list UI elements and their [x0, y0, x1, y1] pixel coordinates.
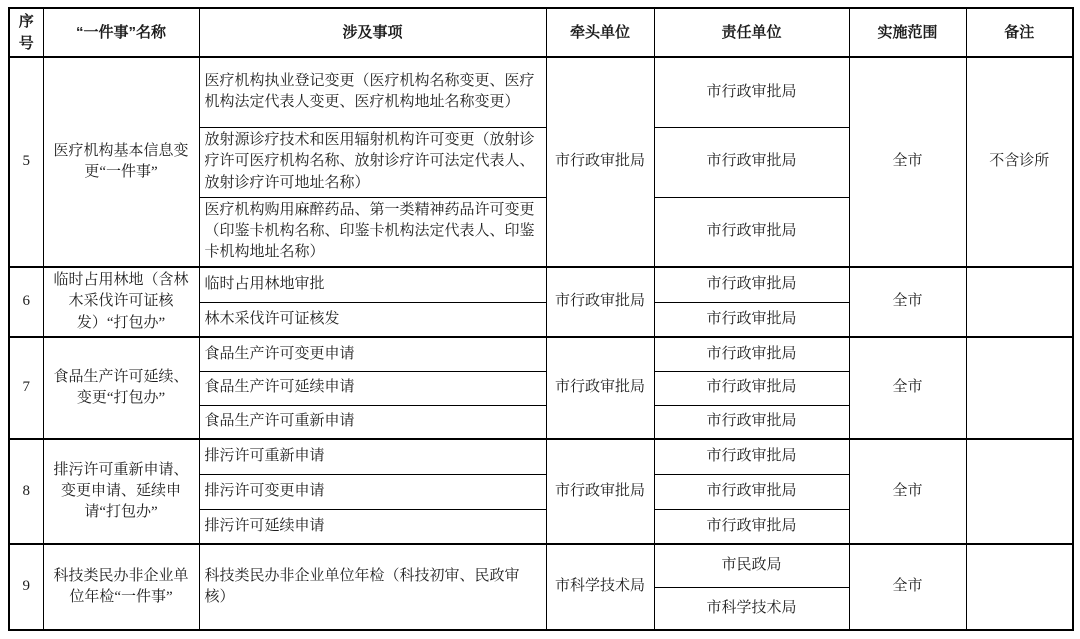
responsible-unit-cell: 市行政审批局 [654, 509, 849, 544]
col-header-responsible-unit: 责任单位 [654, 8, 849, 57]
document-page: 序号 “一件事”名称 涉及事项 牵头单位 责任单位 实施范围 备注 5 医疗机构… [0, 0, 1080, 639]
lead-unit-cell: 市科学技术局 [546, 544, 654, 630]
scope-cell: 全市 [849, 544, 966, 630]
matter-cell: 科技类民办非企业单位年检（科技初审、民政审核） [199, 544, 546, 630]
lead-unit-cell: 市行政审批局 [546, 267, 654, 337]
col-header-matters: 涉及事项 [199, 8, 546, 57]
lead-unit-cell: 市行政审批局 [546, 337, 654, 439]
scope-cell: 全市 [849, 337, 966, 439]
matter-cell: 排污许可变更申请 [199, 474, 546, 509]
remark-cell [966, 544, 1073, 630]
name-cell: 排污许可重新申请、变更申请、延续申请“打包办” [43, 439, 199, 544]
remark-cell: 不含诊所 [966, 57, 1073, 267]
responsible-unit-cell: 市科学技术局 [654, 587, 849, 630]
matter-cell: 食品生产许可重新申请 [199, 405, 546, 439]
matter-cell: 排污许可延续申请 [199, 509, 546, 544]
table-row: 6 临时占用林地（含林木采伐许可证核发）“打包办” 临时占用林地审批 市行政审批… [9, 267, 1073, 302]
lead-unit-cell: 市行政审批局 [546, 57, 654, 267]
table-row: 5 医疗机构基本信息变更“一件事” 医疗机构执业登记变更（医疗机构名称变更、医疗… [9, 57, 1073, 127]
matter-cell: 医疗机构执业登记变更（医疗机构名称变更、医疗机构法定代表人变更、医疗机构地址名称… [199, 57, 546, 127]
one-thing-services-table: 序号 “一件事”名称 涉及事项 牵头单位 责任单位 实施范围 备注 5 医疗机构… [8, 7, 1074, 631]
col-header-name: “一件事”名称 [43, 8, 199, 57]
responsible-unit-cell: 市行政审批局 [654, 127, 849, 197]
seq-cell: 9 [9, 544, 43, 630]
responsible-unit-cell: 市行政审批局 [654, 57, 849, 127]
matter-cell: 排污许可重新申请 [199, 439, 546, 474]
remark-cell [966, 337, 1073, 439]
seq-cell: 7 [9, 337, 43, 439]
responsible-unit-cell: 市行政审批局 [654, 371, 849, 405]
responsible-unit-cell: 市行政审批局 [654, 474, 849, 509]
col-header-seq: 序号 [9, 8, 43, 57]
scope-cell: 全市 [849, 439, 966, 544]
table-row: 9 科技类民办非企业单位年检“一件事” 科技类民办非企业单位年检（科技初审、民政… [9, 544, 1073, 587]
name-cell: 医疗机构基本信息变更“一件事” [43, 57, 199, 267]
name-cell: 食品生产许可延续、变更“打包办” [43, 337, 199, 439]
matter-cell: 食品生产许可延续申请 [199, 371, 546, 405]
responsible-unit-cell: 市行政审批局 [654, 267, 849, 302]
responsible-unit-cell: 市行政审批局 [654, 337, 849, 371]
table-row: 7 食品生产许可延续、变更“打包办” 食品生产许可变更申请 市行政审批局 市行政… [9, 337, 1073, 371]
remark-cell [966, 267, 1073, 337]
seq-cell: 5 [9, 57, 43, 267]
scope-cell: 全市 [849, 267, 966, 337]
name-cell: 临时占用林地（含林木采伐许可证核发）“打包办” [43, 267, 199, 337]
matter-cell: 食品生产许可变更申请 [199, 337, 546, 371]
seq-cell: 6 [9, 267, 43, 337]
remark-cell [966, 439, 1073, 544]
responsible-unit-cell: 市行政审批局 [654, 405, 849, 439]
responsible-unit-cell: 市行政审批局 [654, 197, 849, 267]
responsible-unit-cell: 市民政局 [654, 544, 849, 587]
scope-cell: 全市 [849, 57, 966, 267]
table-row: 8 排污许可重新申请、变更申请、延续申请“打包办” 排污许可重新申请 市行政审批… [9, 439, 1073, 474]
responsible-unit-cell: 市行政审批局 [654, 439, 849, 474]
header-row: 序号 “一件事”名称 涉及事项 牵头单位 责任单位 实施范围 备注 [9, 8, 1073, 57]
col-header-remarks: 备注 [966, 8, 1073, 57]
matter-cell: 临时占用林地审批 [199, 267, 546, 302]
col-header-scope: 实施范围 [849, 8, 966, 57]
lead-unit-cell: 市行政审批局 [546, 439, 654, 544]
matter-cell: 医疗机构购用麻醉药品、第一类精神药品许可变更（印鉴卡机构名称、印鉴卡机构法定代表… [199, 197, 546, 267]
responsible-unit-cell: 市行政审批局 [654, 302, 849, 337]
matter-cell: 林木采伐许可证核发 [199, 302, 546, 337]
name-cell: 科技类民办非企业单位年检“一件事” [43, 544, 199, 630]
matter-cell: 放射源诊疗技术和医用辐射机构许可变更（放射诊疗许可医疗机构名称、放射诊疗许可法定… [199, 127, 546, 197]
seq-cell: 8 [9, 439, 43, 544]
col-header-lead-unit: 牵头单位 [546, 8, 654, 57]
